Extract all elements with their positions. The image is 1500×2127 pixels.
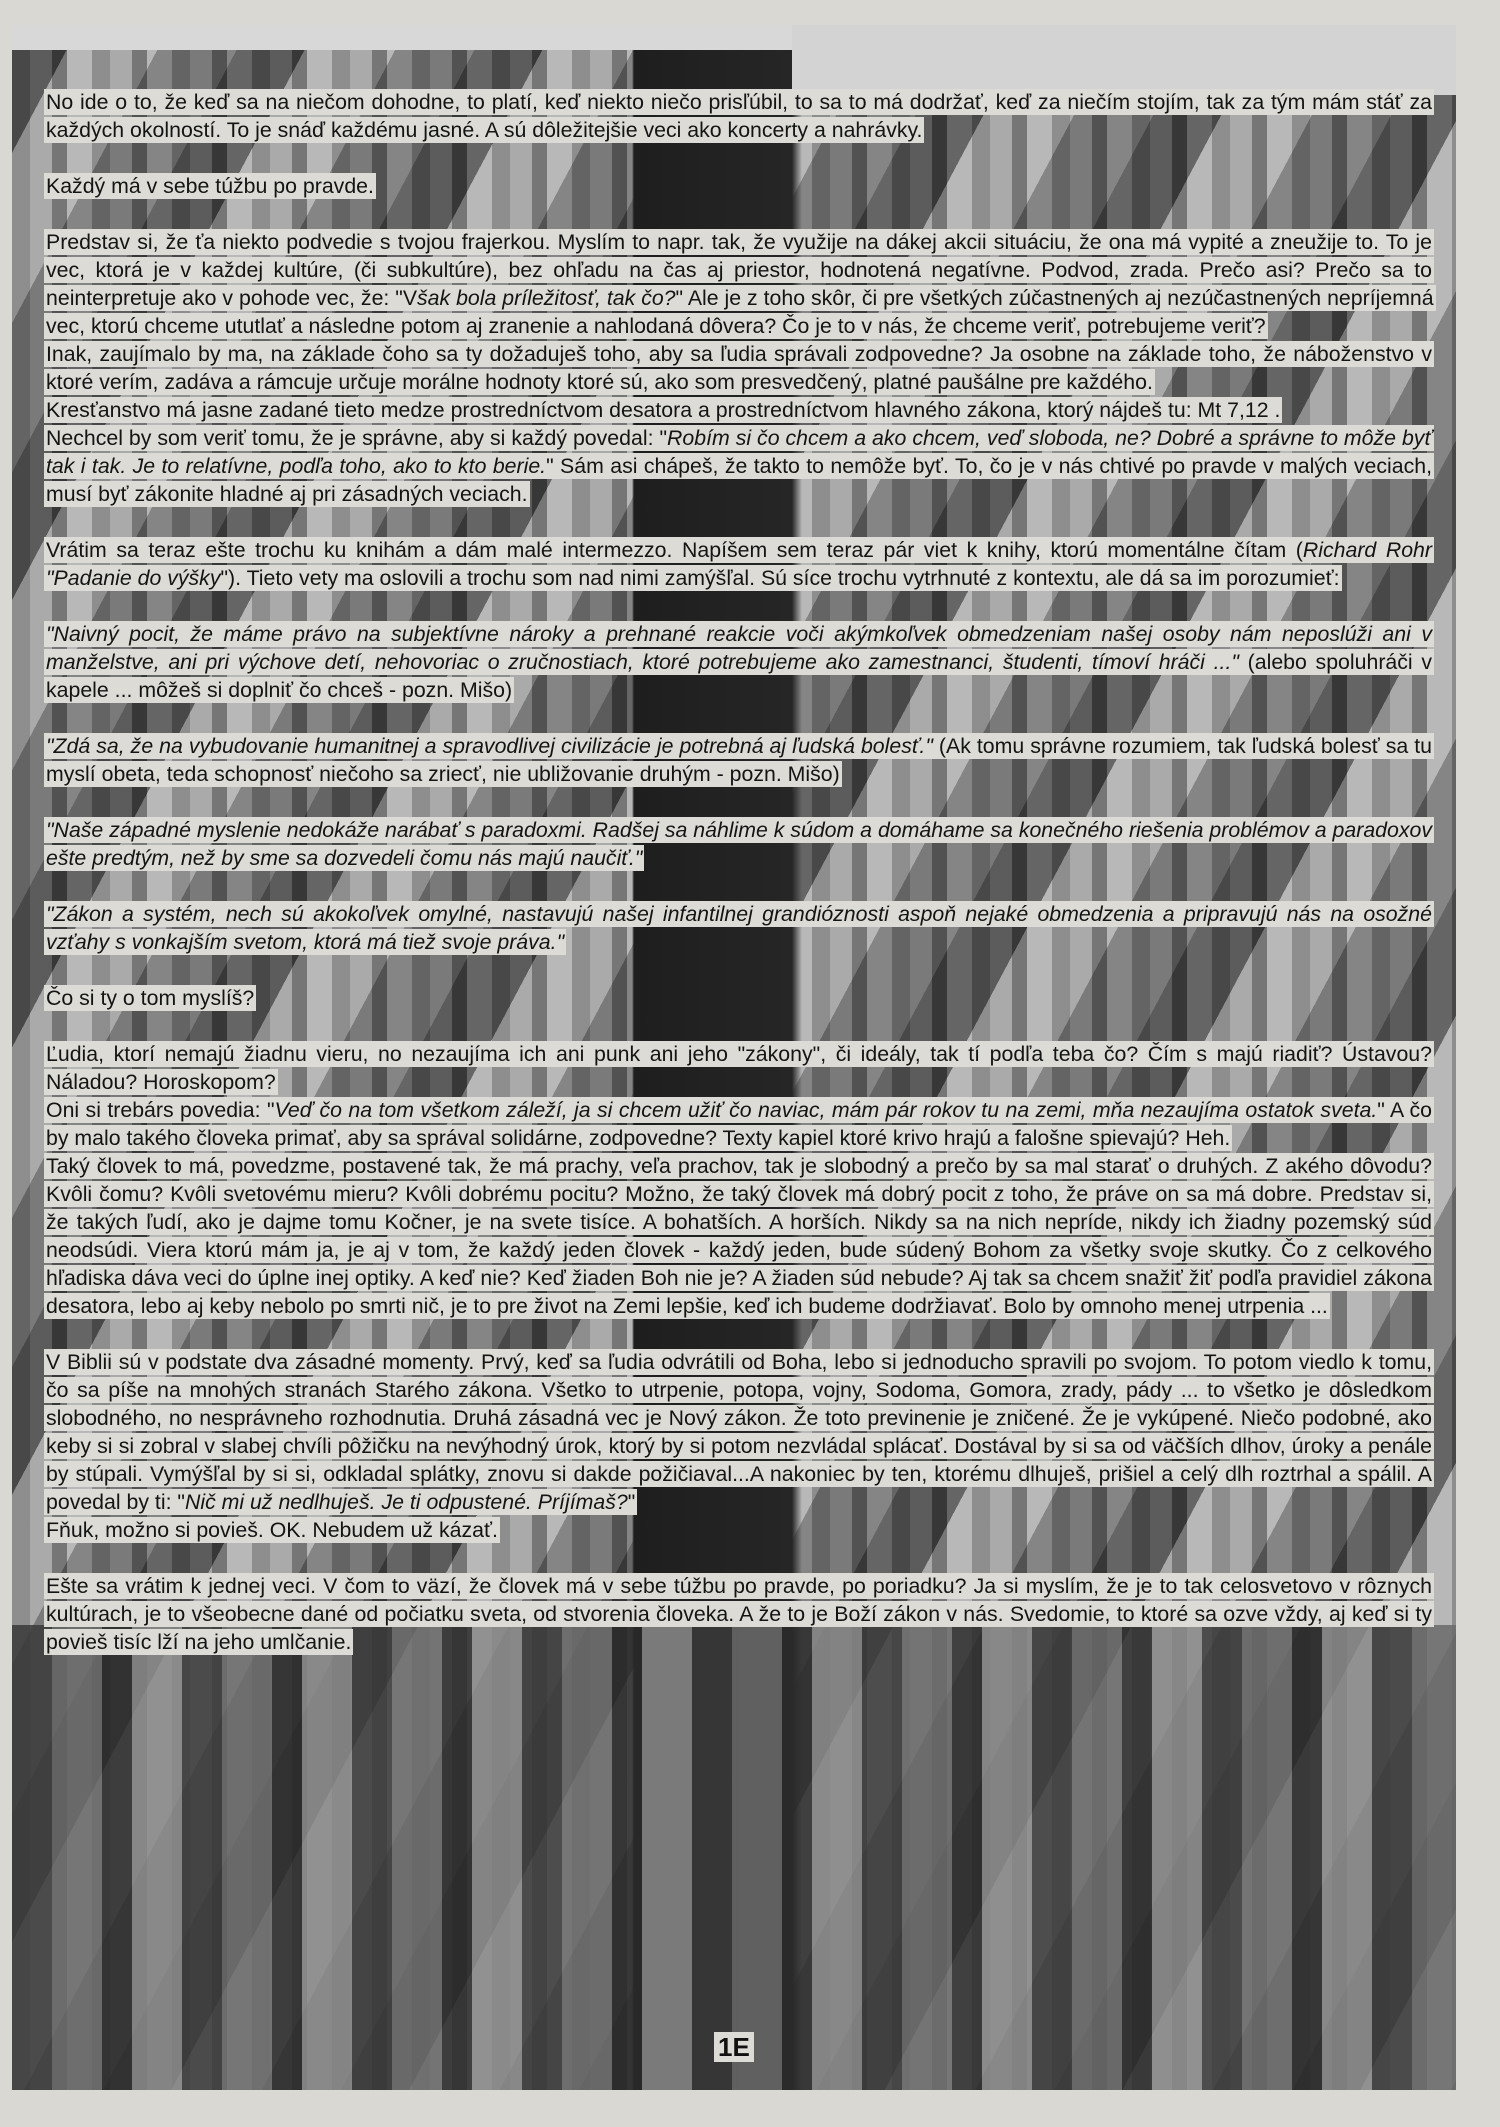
highlighted-text: Ľudia, ktorí nemajú žiadnu vieru, no nez… [44,1041,1434,1095]
italic-quote-text: Nič mi už nedlhuješ. Je ti odpustené. Pr… [185,1490,628,1514]
highlighted-text: Čo si ty o tom myslíš? [44,985,256,1011]
highlighted-text: "Zákon a systém, nech sú akokoľvek omyln… [44,901,1434,955]
paragraph: Kresťanstvo má jasne zadané tieto medze … [44,396,1434,424]
italic-quote-text: šak bola príležitosť, tak čo? [417,286,676,310]
italic-quote-text: "Zákon a systém, nech sú akokoľvek omyln… [46,902,1432,954]
highlighted-text: Taký človek to má, povedzme, postavené t… [44,1153,1434,1319]
body-text: Ešte sa vrátim k jednej veci. V čom to v… [46,1574,1432,1654]
italic-quote-text: "Naše západné myslenie nedokáže narábať … [46,818,1432,870]
highlighted-text: Nechcel by som veriť tomu, že je správne… [44,425,1434,507]
paragraph: No ide o to, že keď sa na niečom dohodne… [44,88,1434,144]
paragraph: Nechcel by som veriť tomu, že je správne… [44,424,1434,508]
paragraph: Inak, zaujímalo by ma, na základe čoho s… [44,340,1434,396]
highlighted-text: Kresťanstvo má jasne zadané tieto medze … [44,397,1282,423]
photo-top-margin [12,25,804,50]
highlighted-text: "Naše západné myslenie nedokáže narábať … [44,817,1434,871]
paragraph: V Biblii sú v podstate dva zásadné momen… [44,1348,1434,1516]
body-text: Nechcel by som veriť tomu, že je správne… [46,426,667,450]
body-text: Inak, zaujímalo by ma, na základe čoho s… [46,342,1432,394]
highlighted-text: "Zdá sa, že na vybudovanie humanitnej a … [44,733,1434,787]
highlighted-text: V Biblii sú v podstate dva zásadné momen… [44,1349,1434,1515]
photo-bright-area [792,25,1456,95]
highlighted-text: No ide o to, že keď sa na niečom dohodne… [44,89,1434,143]
paragraph: Fňuk, možno si povieš. OK. Nebudem už ká… [44,1516,1434,1544]
highlighted-text: "Naivný pocit, že máme právo na subjektí… [44,621,1434,703]
paragraph: Čo si ty o tom myslíš? [44,984,1434,1012]
body-text: Ľudia, ktorí nemajú žiadnu vieru, no nez… [46,1042,1432,1094]
body-text: Vrátim sa teraz ešte trochu ku knihám a … [46,538,1303,562]
highlighted-text: Každý má v sebe túžbu po pravde. [44,173,376,199]
paragraph: Ešte sa vrátim k jednej veci. V čom to v… [44,1572,1434,1656]
body-text: Oni si trebárs povedia: " [46,1098,275,1122]
highlighted-text: Ešte sa vrátim k jednej veci. V čom to v… [44,1573,1434,1655]
body-text: "). Tieto vety ma oslovili a trochu som … [220,566,1339,590]
body-text: No ide o to, že keď sa na niečom dohodne… [46,90,1432,142]
page-number: 1E [714,2032,754,2062]
quote-paragraph: "Zdá sa, že na vybudovanie humanitnej a … [44,732,1434,788]
highlighted-text: Predstav si, že ťa niekto podvedie s tvo… [44,229,1436,339]
body-text: " [628,1490,636,1514]
highlighted-text: Fňuk, možno si povieš. OK. Nebudem už ká… [44,1517,500,1543]
italic-quote-text: "Zdá sa, že na vybudovanie humanitnej a … [46,734,933,758]
quote-paragraph: "Naše západné myslenie nedokáže narábať … [44,816,1434,872]
article-body: No ide o to, že keď sa na niečom dohodne… [44,88,1434,1684]
paragraph: Oni si trebárs povedia: "Veď čo na tom v… [44,1096,1434,1152]
paragraph: Taký človek to má, povedzme, postavené t… [44,1152,1434,1320]
italic-quote-text: "Naivný pocit, že máme právo na subjektí… [46,622,1432,674]
body-text: Každý má v sebe túžbu po pravde. [46,174,374,198]
quote-paragraph: "Naivný pocit, že máme právo na subjektí… [44,620,1434,704]
body-text: Taký človek to má, povedzme, postavené t… [46,1154,1432,1318]
paragraph: Každý má v sebe túžbu po pravde. [44,172,1434,200]
quote-paragraph: "Zákon a systém, nech sú akokoľvek omyln… [44,900,1434,956]
paragraph: Vrátim sa teraz ešte trochu ku knihám a … [44,536,1434,592]
paragraph: Ľudia, ktorí nemajú žiadnu vieru, no nez… [44,1040,1434,1096]
paragraph: Predstav si, že ťa niekto podvedie s tvo… [44,228,1434,340]
highlighted-text: Inak, zaujímalo by ma, na základe čoho s… [44,341,1434,395]
highlighted-text: Oni si trebárs povedia: "Veď čo na tom v… [44,1097,1434,1151]
italic-quote-text: Veď čo na tom všetkom záleží, ja si chce… [275,1098,1378,1122]
body-text: Čo si ty o tom myslíš? [46,986,254,1010]
highlighted-text: Vrátim sa teraz ešte trochu ku knihám a … [44,537,1434,591]
body-text: Kresťanstvo má jasne zadané tieto medze … [46,398,1280,422]
body-text: Fňuk, možno si povieš. OK. Nebudem už ká… [46,1518,498,1542]
photo-building-windows [12,1625,1456,2090]
